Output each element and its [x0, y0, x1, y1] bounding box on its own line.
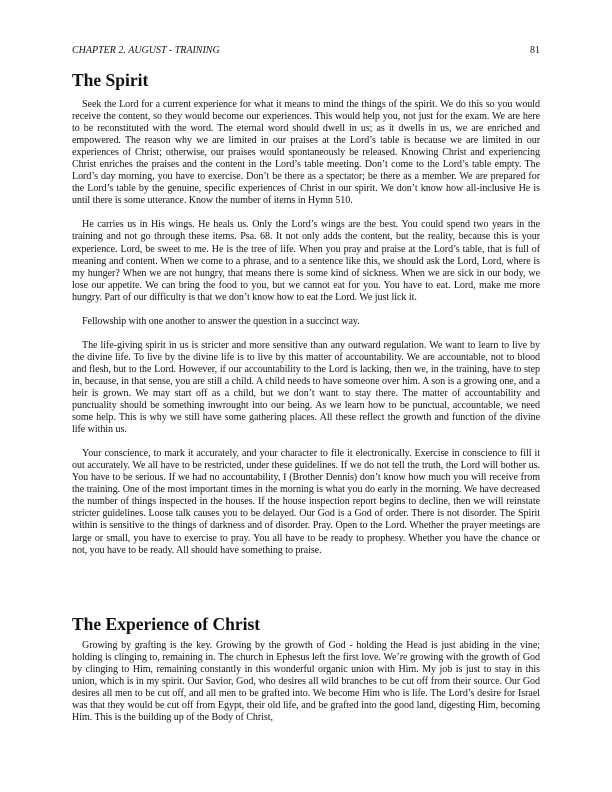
- paragraph: Fellowship with one another to answer th…: [72, 316, 540, 328]
- section-heading-experience-of-christ: The Experience of Christ: [72, 614, 260, 635]
- section-heading-the-spirit: The Spirit: [72, 70, 148, 91]
- paragraph: The life-giving spirit in us is stricter…: [72, 340, 540, 436]
- paragraph: Growing by grafting is the key. Growing …: [72, 640, 540, 724]
- section-body-experience-of-christ: Growing by grafting is the key. Growing …: [72, 640, 540, 724]
- paragraph: He carries us in His wings. He heals us.…: [72, 219, 540, 303]
- paragraph: Seek the Lord for a current experience f…: [72, 99, 540, 207]
- running-header: CHAPTER 2. AUGUST - TRAINING 81: [72, 45, 540, 56]
- page-number: 81: [530, 45, 540, 56]
- chapter-title: CHAPTER 2. AUGUST - TRAINING: [72, 45, 220, 56]
- section-body-the-spirit: Seek the Lord for a current experience f…: [72, 99, 540, 557]
- paragraph: Your conscience, to mark it accurately, …: [72, 448, 540, 556]
